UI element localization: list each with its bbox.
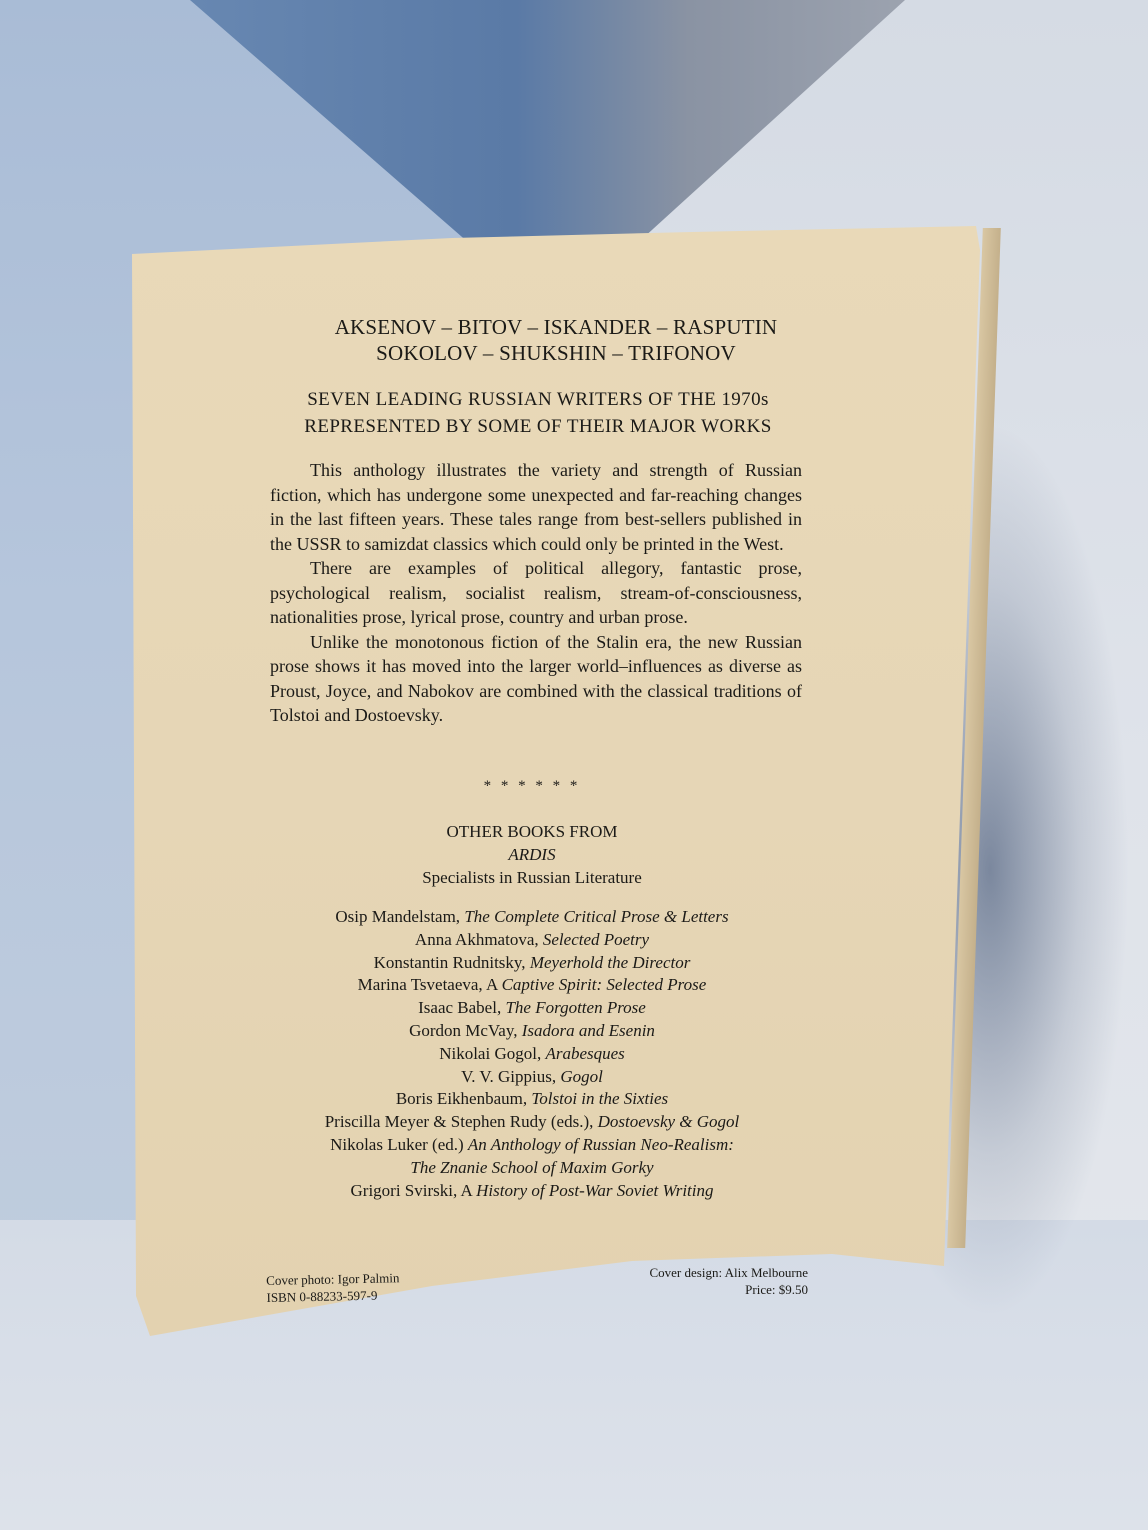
book-title: Gogol — [560, 1067, 603, 1086]
authors-line-2: SOKOLOV – SHUKSHIN – TRIFONOV — [132, 340, 980, 366]
book-title: Meyerhold the Director — [530, 953, 691, 972]
book-title: Dostoevsky & Gogol — [598, 1112, 740, 1131]
credits-right: Cover design: Alix Melbourne Price: $9.5… — [620, 1264, 808, 1298]
book-title: The Znanie School of Maxim Gorky — [410, 1158, 653, 1177]
book-author: Boris Eikhenbaum, — [396, 1089, 532, 1108]
book-author: Osip Mandelstam, — [335, 907, 464, 926]
book-list-item: Marina Tsvetaeva, A Captive Spirit: Sele… — [132, 974, 932, 997]
book-title: Selected Poetry — [543, 930, 649, 949]
other-books-heading: OTHER BOOKS FROM — [132, 820, 932, 843]
book-list-item: Nikolas Luker (ed.) An Anthology of Russ… — [132, 1134, 932, 1157]
other-books-header: OTHER BOOKS FROM ARDIS Specialists in Ru… — [132, 820, 932, 889]
book-list-item: Isaac Babel, The Forgotten Prose — [132, 997, 932, 1020]
book-list-item: Konstantin Rudnitsky, Meyerhold the Dire… — [132, 952, 932, 975]
blurb: This anthology illustrates the variety a… — [270, 458, 802, 728]
book-author: Nikolai Gogol, — [439, 1044, 545, 1063]
book-title: History of Post-War Soviet Writing — [476, 1181, 713, 1200]
book-list-item: Osip Mandelstam, The Complete Critical P… — [132, 906, 932, 929]
separator: * * * * * * — [132, 778, 932, 795]
book-list-item: Priscilla Meyer & Stephen Rudy (eds.), D… — [132, 1111, 932, 1134]
tagline: SEVEN LEADING RUSSIAN WRITERS OF THE 197… — [272, 386, 804, 440]
book-author: Nikolas Luker (ed.) — [330, 1135, 468, 1154]
price: Price: $9.50 — [620, 1281, 808, 1298]
authors-line-1: AKSENOV – BITOV – ISKANDER – RASPUTIN — [132, 314, 980, 340]
book-author: V. V. Gippius, — [461, 1067, 560, 1086]
book-title: Isadora and Esenin — [522, 1021, 655, 1040]
book-author: Konstantin Rudnitsky, — [374, 953, 530, 972]
book-author: Isaac Babel, — [418, 998, 505, 1017]
book-list-item: Anna Akhmatova, Selected Poetry — [132, 929, 932, 952]
publisher-name: ARDIS — [132, 843, 932, 866]
book-list-item: Gordon McVay, Isadora and Esenin — [132, 1020, 932, 1043]
book-list-item: The Znanie School of Maxim Gorky — [132, 1157, 932, 1180]
book-title: Tolstoi in the Sixties — [531, 1089, 668, 1108]
book-list-item: Grigori Svirski, A History of Post-War S… — [132, 1180, 932, 1203]
cover-text: AKSENOV – BITOV – ISKANDER – RASPUTIN SO… — [132, 226, 980, 1336]
book-title: Arabesques — [545, 1044, 624, 1063]
book-list-item: Nikolai Gogol, Arabesques — [132, 1043, 932, 1066]
credits-left: Cover photo: Igor Palmin ISBN 0-88233-59… — [266, 1269, 400, 1306]
blurb-paragraph: This anthology illustrates the variety a… — [270, 458, 802, 556]
book-list-item: V. V. Gippius, Gogol — [132, 1066, 932, 1089]
book-author: Priscilla Meyer & Stephen Rudy (eds.), — [325, 1112, 598, 1131]
cover-design-credit: Cover design: Alix Melbourne — [620, 1264, 808, 1281]
book-author: Grigori Svirski, A — [351, 1181, 477, 1200]
book-list-item: Boris Eikhenbaum, Tolstoi in the Sixties — [132, 1088, 932, 1111]
book-title: An Anthology of Russian Neo-Realism: — [468, 1135, 734, 1154]
book-author: Marina Tsvetaeva, A — [358, 975, 502, 994]
book-author: Anna Akhmatova, — [415, 930, 543, 949]
book-title: The Complete Critical Prose & Letters — [464, 907, 728, 926]
blurb-paragraph: There are examples of political allegory… — [270, 556, 802, 630]
blurb-paragraph: Unlike the monotonous fiction of the Sta… — [270, 630, 802, 728]
book-title: Captive Spirit: Selected Prose — [502, 975, 707, 994]
book-author: Gordon McVay, — [409, 1021, 522, 1040]
book-list: Osip Mandelstam, The Complete Critical P… — [132, 906, 932, 1202]
publisher-tagline: Specialists in Russian Literature — [132, 866, 932, 889]
authors-heading: AKSENOV – BITOV – ISKANDER – RASPUTIN SO… — [132, 314, 980, 366]
isbn: ISBN 0-88233-597-9 — [266, 1286, 400, 1306]
cover-photo-credit: Cover photo: Igor Palmin — [266, 1269, 400, 1289]
book-title: The Forgotten Prose — [505, 998, 645, 1017]
